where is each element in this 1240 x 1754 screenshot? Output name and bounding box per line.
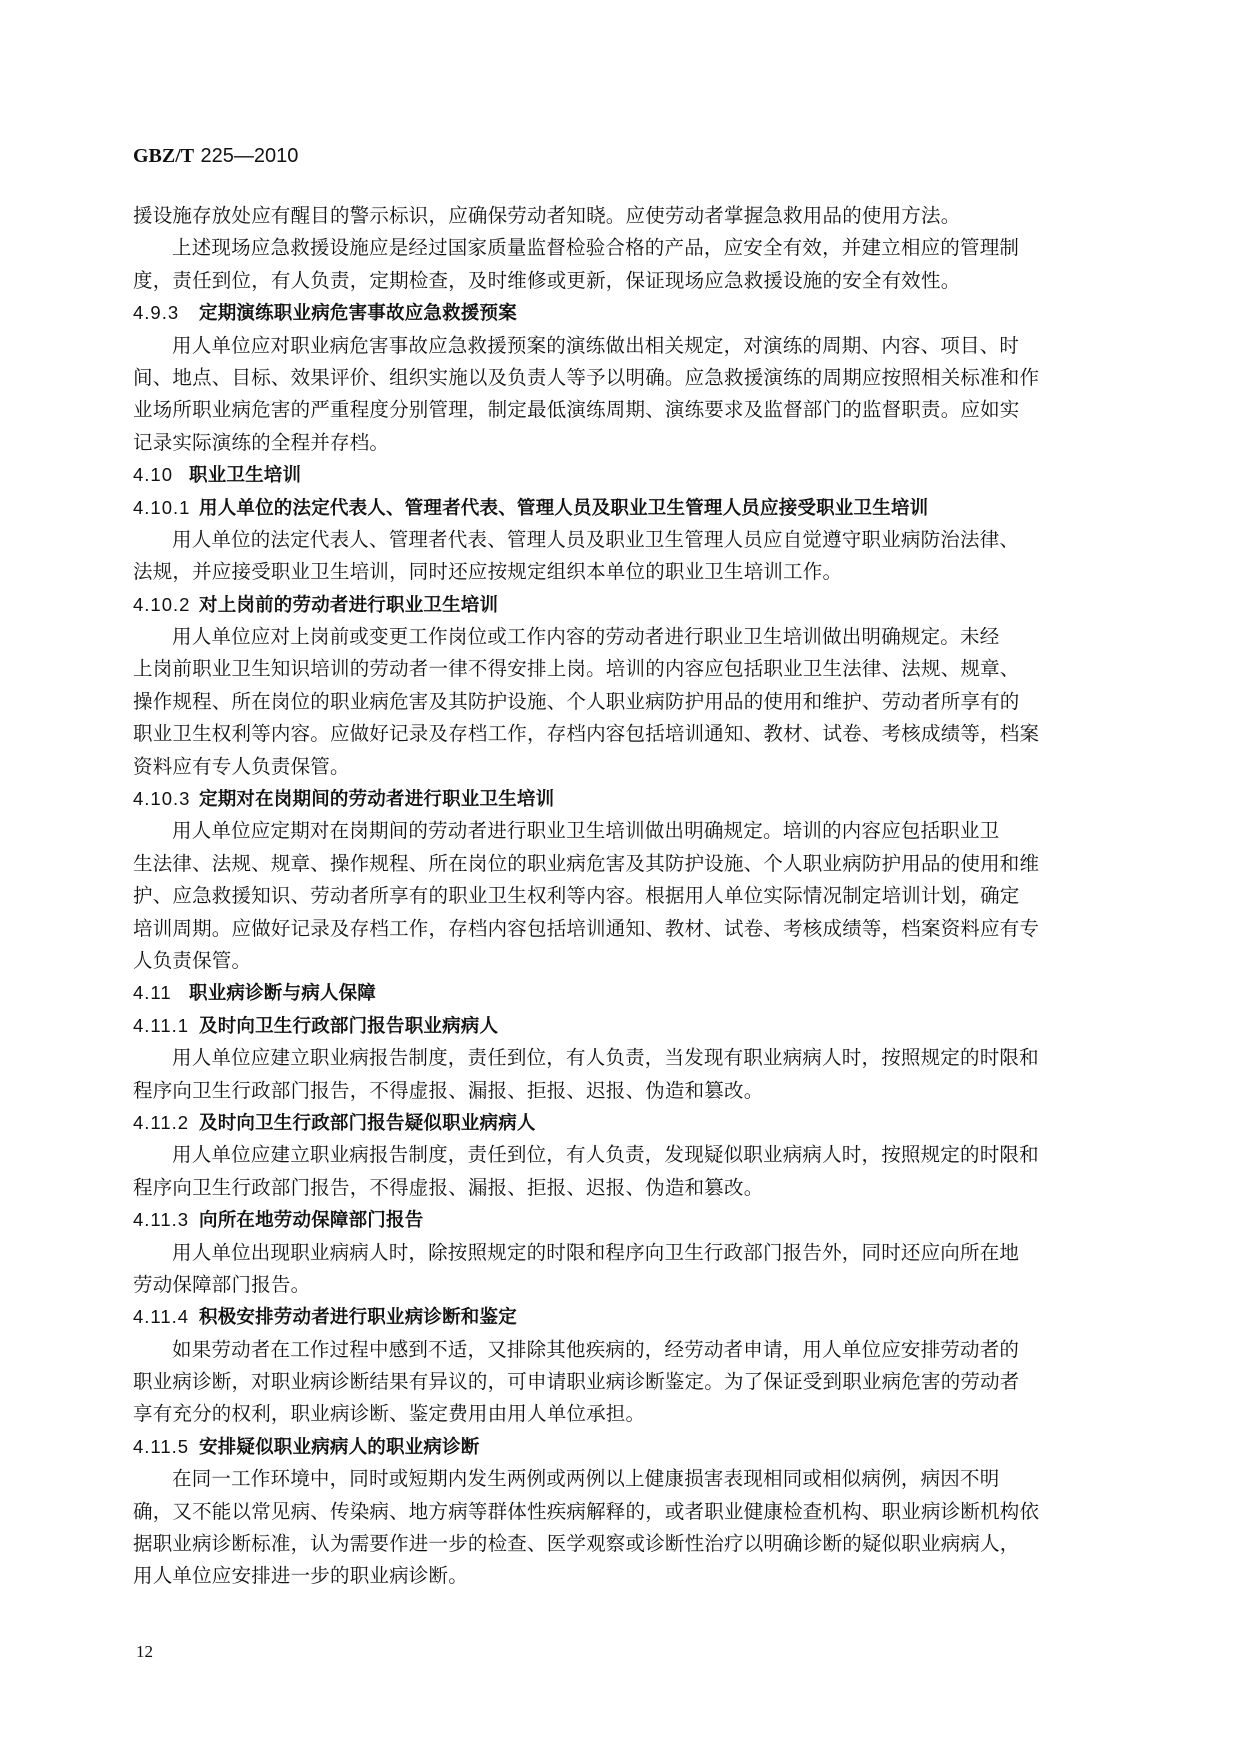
paragraph-line: 护、应急救援知识、劳动者所享有的职业卫生权利等内容。根据用人单位实际情况制定培训…: [133, 880, 1097, 912]
paragraph-line: 用人单位应安排进一步的职业病诊断。: [133, 1560, 1097, 1592]
standard-prefix: GBZ/T: [133, 145, 194, 167]
paragraph-line: 享有充分的权利，职业病诊断、鉴定费用由用人单位承担。: [133, 1398, 1097, 1430]
section-number: 4.11.5: [133, 1431, 191, 1463]
paragraph-line: 上岗前职业卫生知识培训的劳动者一律不得安排上岗。培训的内容应包括职业卫生法律、法…: [133, 653, 1097, 685]
section-title: 定期演练职业病危害事故应急救援预案: [199, 303, 517, 324]
section-number: 4.10.2: [133, 589, 191, 621]
section-heading-4-11-2: 4.11.2及时向卫生行政部门报告疑似职业病病人: [133, 1107, 1097, 1139]
section-title: 及时向卫生行政部门报告职业病病人: [199, 1016, 498, 1037]
paragraph-line: 人负责保管。: [133, 945, 1097, 977]
page-number: 12: [136, 1642, 153, 1662]
paragraph-line: 业场所职业病危害的严重程度分别管理，制定最低演练周期、演练要求及监督部门的监督职…: [133, 394, 1097, 426]
paragraph-line: 劳动保障部门报告。: [133, 1269, 1097, 1301]
paragraph: 如果劳动者在工作过程中感到不适，又排除其他疾病的，经劳动者申请，用人单位应安排劳…: [133, 1334, 1097, 1431]
paragraph-line: 用人单位应对职业病危害事故应急救援预案的演练做出相关规定，对演练的周期、内容、项…: [133, 330, 1097, 362]
paragraph-line: 职业病诊断，对职业病诊断结果有异议的，可申请职业病诊断鉴定。为了保证受到职业病危…: [133, 1366, 1097, 1398]
section-heading-4-11-1: 4.11.1及时向卫生行政部门报告职业病病人: [133, 1010, 1097, 1042]
paragraph-line: 用人单位的法定代表人、管理者代表、管理人员及职业卫生管理人员应自觉遵守职业病防治…: [133, 524, 1097, 556]
paragraph-line: 生法律、法规、规章、操作规程、所在岗位的职业病危害及其防护设施、个人职业病防护用…: [133, 848, 1097, 880]
section-title: 向所在地劳动保障部门报告: [199, 1210, 423, 1231]
section-title: 对上岗前的劳动者进行职业卫生培训: [199, 595, 498, 616]
paragraph: 用人单位应建立职业病报告制度，责任到位，有人负责，当发现有职业病病人时，按照规定…: [133, 1042, 1097, 1107]
paragraph: 用人单位应定期对在岗期间的劳动者进行职业卫生培训做出明确规定。培训的内容应包括职…: [133, 815, 1097, 977]
section-number: 4.11: [133, 977, 181, 1009]
section-number: 4.11.3: [133, 1204, 191, 1236]
paragraph-line: 记录实际演练的全程并存档。: [133, 427, 1097, 459]
section-title: 职业病诊断与病人保障: [189, 983, 376, 1004]
paragraph-line: 在同一工作环境中，同时或短期内发生两例或两例以上健康损害表现相同或相似病例，病因…: [133, 1463, 1097, 1495]
paragraph: 在同一工作环境中，同时或短期内发生两例或两例以上健康损害表现相同或相似病例，病因…: [133, 1463, 1097, 1593]
paragraph: 用人单位应对职业病危害事故应急救援预案的演练做出相关规定，对演练的周期、内容、项…: [133, 330, 1097, 460]
paragraph-line: 职业卫生权利等内容。应做好记录及存档工作，存档内容包括培训通知、教材、试卷、考核…: [133, 718, 1097, 750]
section-title: 职业卫生培训: [189, 465, 301, 486]
section-title: 积极安排劳动者进行职业病诊断和鉴定: [199, 1307, 517, 1328]
document-body: 援设施存放处应有醒目的警示标识，应确保劳动者知晓。应使劳动者掌握急救用品的使用方…: [133, 200, 1097, 1593]
paragraph: 用人单位的法定代表人、管理者代表、管理人员及职业卫生管理人员应自觉遵守职业病防治…: [133, 524, 1097, 589]
paragraph-line: 法规，并应接受职业卫生培训，同时还应按规定组织本单位的职业卫生培训工作。: [133, 556, 1097, 588]
section-heading-4-9-3: 4.9.3定期演练职业病危害事故应急救援预案: [133, 297, 1097, 329]
section-heading-4-10-3: 4.10.3定期对在岗期间的劳动者进行职业卫生培训: [133, 783, 1097, 815]
paragraph: 用人单位应建立职业病报告制度，责任到位，有人负责，发现疑似职业病病人时，按照规定…: [133, 1139, 1097, 1204]
paragraph: 上述现场应急救援设施应是经过国家质量监督检验合格的产品，应安全有效，并建立相应的…: [133, 232, 1097, 297]
section-number: 4.11.1: [133, 1010, 191, 1042]
section-heading-4-11: 4.11职业病诊断与病人保障: [133, 977, 1097, 1009]
section-number: 4.10: [133, 459, 181, 491]
paragraph-line: 资料应有专人负责保管。: [133, 751, 1097, 783]
section-title: 安排疑似职业病病人的职业病诊断: [199, 1437, 480, 1458]
document-header: GBZ/T 225—2010: [133, 143, 298, 168]
paragraph-line: 确，又不能以常见病、传染病、地方病等群体性疾病解释的，或者职业健康检查机构、职业…: [133, 1496, 1097, 1528]
paragraph-line: 如果劳动者在工作过程中感到不适，又排除其他疾病的，经劳动者申请，用人单位应安排劳…: [133, 1334, 1097, 1366]
section-heading-4-11-4: 4.11.4积极安排劳动者进行职业病诊断和鉴定: [133, 1301, 1097, 1333]
paragraph-line: 据职业病诊断标准，认为需要作进一步的检查、医学观察或诊断性治疗以明确诊断的疑似职…: [133, 1528, 1097, 1560]
section-heading-4-11-5: 4.11.5安排疑似职业病病人的职业病诊断: [133, 1431, 1097, 1463]
paragraph-line: 用人单位应对上岗前或变更工作岗位或工作内容的劳动者进行职业卫生培训做出明确规定。…: [133, 621, 1097, 653]
paragraph: 用人单位应对上岗前或变更工作岗位或工作内容的劳动者进行职业卫生培训做出明确规定。…: [133, 621, 1097, 783]
section-number: 4.10.3: [133, 783, 191, 815]
section-title: 用人单位的法定代表人、管理者代表、管理人员及职业卫生管理人员应接受职业卫生培训: [199, 498, 928, 519]
paragraph-line: 用人单位应定期对在岗期间的劳动者进行职业卫生培训做出明确规定。培训的内容应包括职…: [133, 815, 1097, 847]
paragraph-line: 度，责任到位，有人负责，定期检查，及时维修或更新，保证现场应急救援设施的安全有效…: [133, 265, 1097, 297]
section-number: 4.9.3: [133, 297, 191, 329]
section-title: 定期对在岗期间的劳动者进行职业卫生培训: [199, 789, 554, 810]
paragraph-line: 操作规程、所在岗位的职业病危害及其防护设施、个人职业病防护用品的使用和维护、劳动…: [133, 686, 1097, 718]
paragraph-line: 程序向卫生行政部门报告，不得虚报、漏报、拒报、迟报、伪造和篡改。: [133, 1172, 1097, 1204]
section-heading-4-10: 4.10职业卫生培训: [133, 459, 1097, 491]
paragraph-line: 用人单位应建立职业病报告制度，责任到位，有人负责，当发现有职业病病人时，按照规定…: [133, 1042, 1097, 1074]
paragraph-line: 上述现场应急救援设施应是经过国家质量监督检验合格的产品，应安全有效，并建立相应的…: [133, 232, 1097, 264]
section-heading-4-10-1: 4.10.1用人单位的法定代表人、管理者代表、管理人员及职业卫生管理人员应接受职…: [133, 492, 1097, 524]
paragraph-line: 培训周期。应做好记录及存档工作，存档内容包括培训通知、教材、试卷、考核成绩等，档…: [133, 913, 1097, 945]
section-heading-4-10-2: 4.10.2对上岗前的劳动者进行职业卫生培训: [133, 589, 1097, 621]
paragraph: 援设施存放处应有醒目的警示标识，应确保劳动者知晓。应使劳动者掌握急救用品的使用方…: [133, 200, 1097, 232]
standard-number: 225—2010: [201, 145, 299, 167]
paragraph-line: 用人单位应建立职业病报告制度，责任到位，有人负责，发现疑似职业病病人时，按照规定…: [133, 1139, 1097, 1171]
section-heading-4-11-3: 4.11.3向所在地劳动保障部门报告: [133, 1204, 1097, 1236]
section-number: 4.11.2: [133, 1107, 191, 1139]
paragraph-line: 援设施存放处应有醒目的警示标识，应确保劳动者知晓。应使劳动者掌握急救用品的使用方…: [133, 200, 1097, 232]
section-number: 4.11.4: [133, 1301, 191, 1333]
paragraph-line: 间、地点、目标、效果评价、组织实施以及负责人等予以明确。应急救援演练的周期应按照…: [133, 362, 1097, 394]
section-number: 4.10.1: [133, 492, 191, 524]
paragraph: 用人单位出现职业病病人时，除按照规定的时限和程序向卫生行政部门报告外，同时还应向…: [133, 1237, 1097, 1302]
paragraph-line: 用人单位出现职业病病人时，除按照规定的时限和程序向卫生行政部门报告外，同时还应向…: [133, 1237, 1097, 1269]
section-title: 及时向卫生行政部门报告疑似职业病病人: [199, 1113, 536, 1134]
paragraph-line: 程序向卫生行政部门报告，不得虚报、漏报、拒报、迟报、伪造和篡改。: [133, 1075, 1097, 1107]
